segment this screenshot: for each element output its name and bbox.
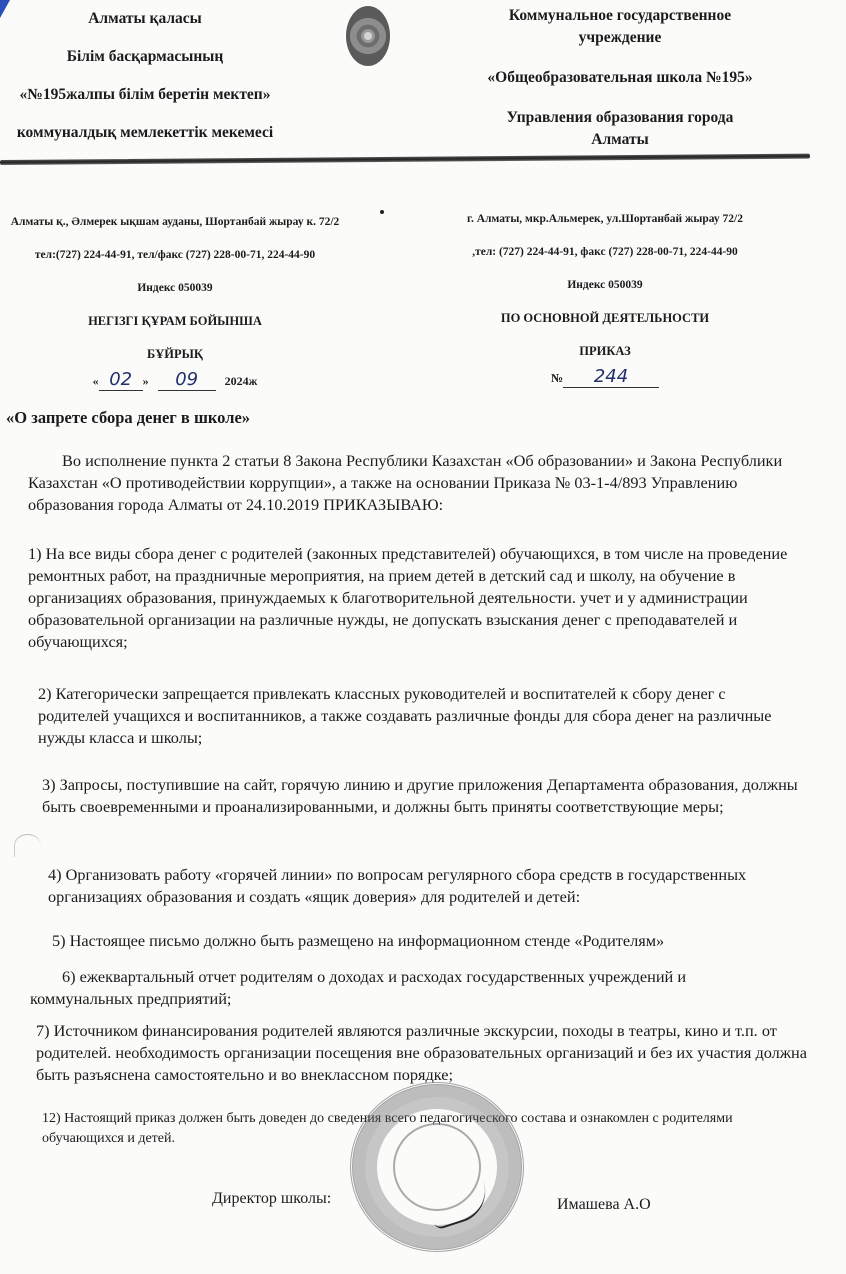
scan-speck	[380, 210, 384, 214]
number-sign: №	[551, 371, 563, 385]
date-quote-close: »	[143, 374, 149, 388]
phones-ru: ,тел: (727) 224-44-91, факс (727) 228-00…	[440, 245, 770, 278]
order-date: «02» 09 2024ж	[0, 369, 350, 391]
header-kz-line: коммуналдық мемлекеттік мекемесі	[0, 122, 290, 160]
order-item-6: 6) ежеквартальный отчет родителям о дохо…	[30, 966, 790, 1010]
contacts-kazakh: Алматы қ., Әлмерек ықшам ауданы, Шортанб…	[0, 215, 350, 391]
signature-position: Директор школы:	[212, 1190, 331, 1208]
header-kz-line: «№195жалпы білім беретін мектеп»	[0, 84, 290, 122]
signature-name: Имашева А.О	[557, 1196, 651, 1214]
header-kazakh: Алматы қаласы Білім басқармасының «№195ж…	[0, 8, 290, 160]
order-item-1: 1) На все виды сбора денег с родителей (…	[28, 543, 818, 653]
contacts-russian: г. Алматы, мкр.Альмерек, ул.Шортанбай жы…	[440, 212, 770, 388]
scan-margin-mark	[14, 834, 41, 857]
order-item-2: 2) Категорически запрещается привлекать …	[38, 683, 798, 749]
order-item-5: 5) Настоящее письмо должно быть размещен…	[52, 930, 792, 952]
order-label-kz: БҰЙРЫҚ	[0, 347, 350, 369]
header-kz-line: Алматы қаласы	[0, 8, 290, 46]
header-ru-line: учреждение	[455, 27, 785, 49]
date-year: 2024ж	[225, 374, 258, 388]
order-type-kz: НЕГІЗГІ ҚҰРАМ БОЙЫНША	[0, 314, 350, 347]
order-label-ru: ПРИКАЗ	[440, 344, 770, 366]
intro-paragraph: Во исполнение пункта 2 статьи 8 Закона Р…	[28, 450, 788, 516]
header-ru-line: Коммунальное государственное	[455, 5, 785, 27]
date-day: 02	[99, 369, 143, 391]
order-type-ru: ПО ОСНОВНОЙ ДЕЯТЕЛЬНОСТИ	[440, 311, 770, 344]
phones-kz: тел:(727) 224-44-91, тел/факс (727) 228-…	[0, 248, 350, 281]
date-month: 09	[158, 369, 216, 391]
address-kz: Алматы қ., Әлмерек ықшам ауданы, Шортанб…	[0, 215, 350, 248]
state-emblem-icon	[346, 6, 390, 66]
header-ru-line: «Общеобразовательная школа №195»	[455, 67, 785, 89]
header-ru-line: Управления образования города	[455, 107, 785, 129]
header-ru-line: Алматы	[455, 129, 785, 151]
header-kz-line: Білім басқармасының	[0, 46, 290, 84]
document-title: «О запрете сбора денег в школе»	[6, 408, 250, 428]
address-ru: г. Алматы, мкр.Альмерек, ул.Шортанбай жы…	[440, 212, 770, 245]
index-kz: Индекс 050039	[0, 281, 350, 314]
order-item-3: 3) Запросы, поступившие на сайт, горячую…	[42, 774, 802, 818]
index-ru: Индекс 050039	[440, 278, 770, 311]
order-number: №244	[440, 366, 770, 388]
header-russian: Коммунальное государственное учреждение …	[455, 5, 785, 151]
order-item-4: 4) Организовать работу «горячей линии» п…	[48, 864, 788, 908]
order-item-7: 7) Источником финансирования родителей я…	[36, 1020, 816, 1086]
number-value: 244	[563, 366, 659, 388]
